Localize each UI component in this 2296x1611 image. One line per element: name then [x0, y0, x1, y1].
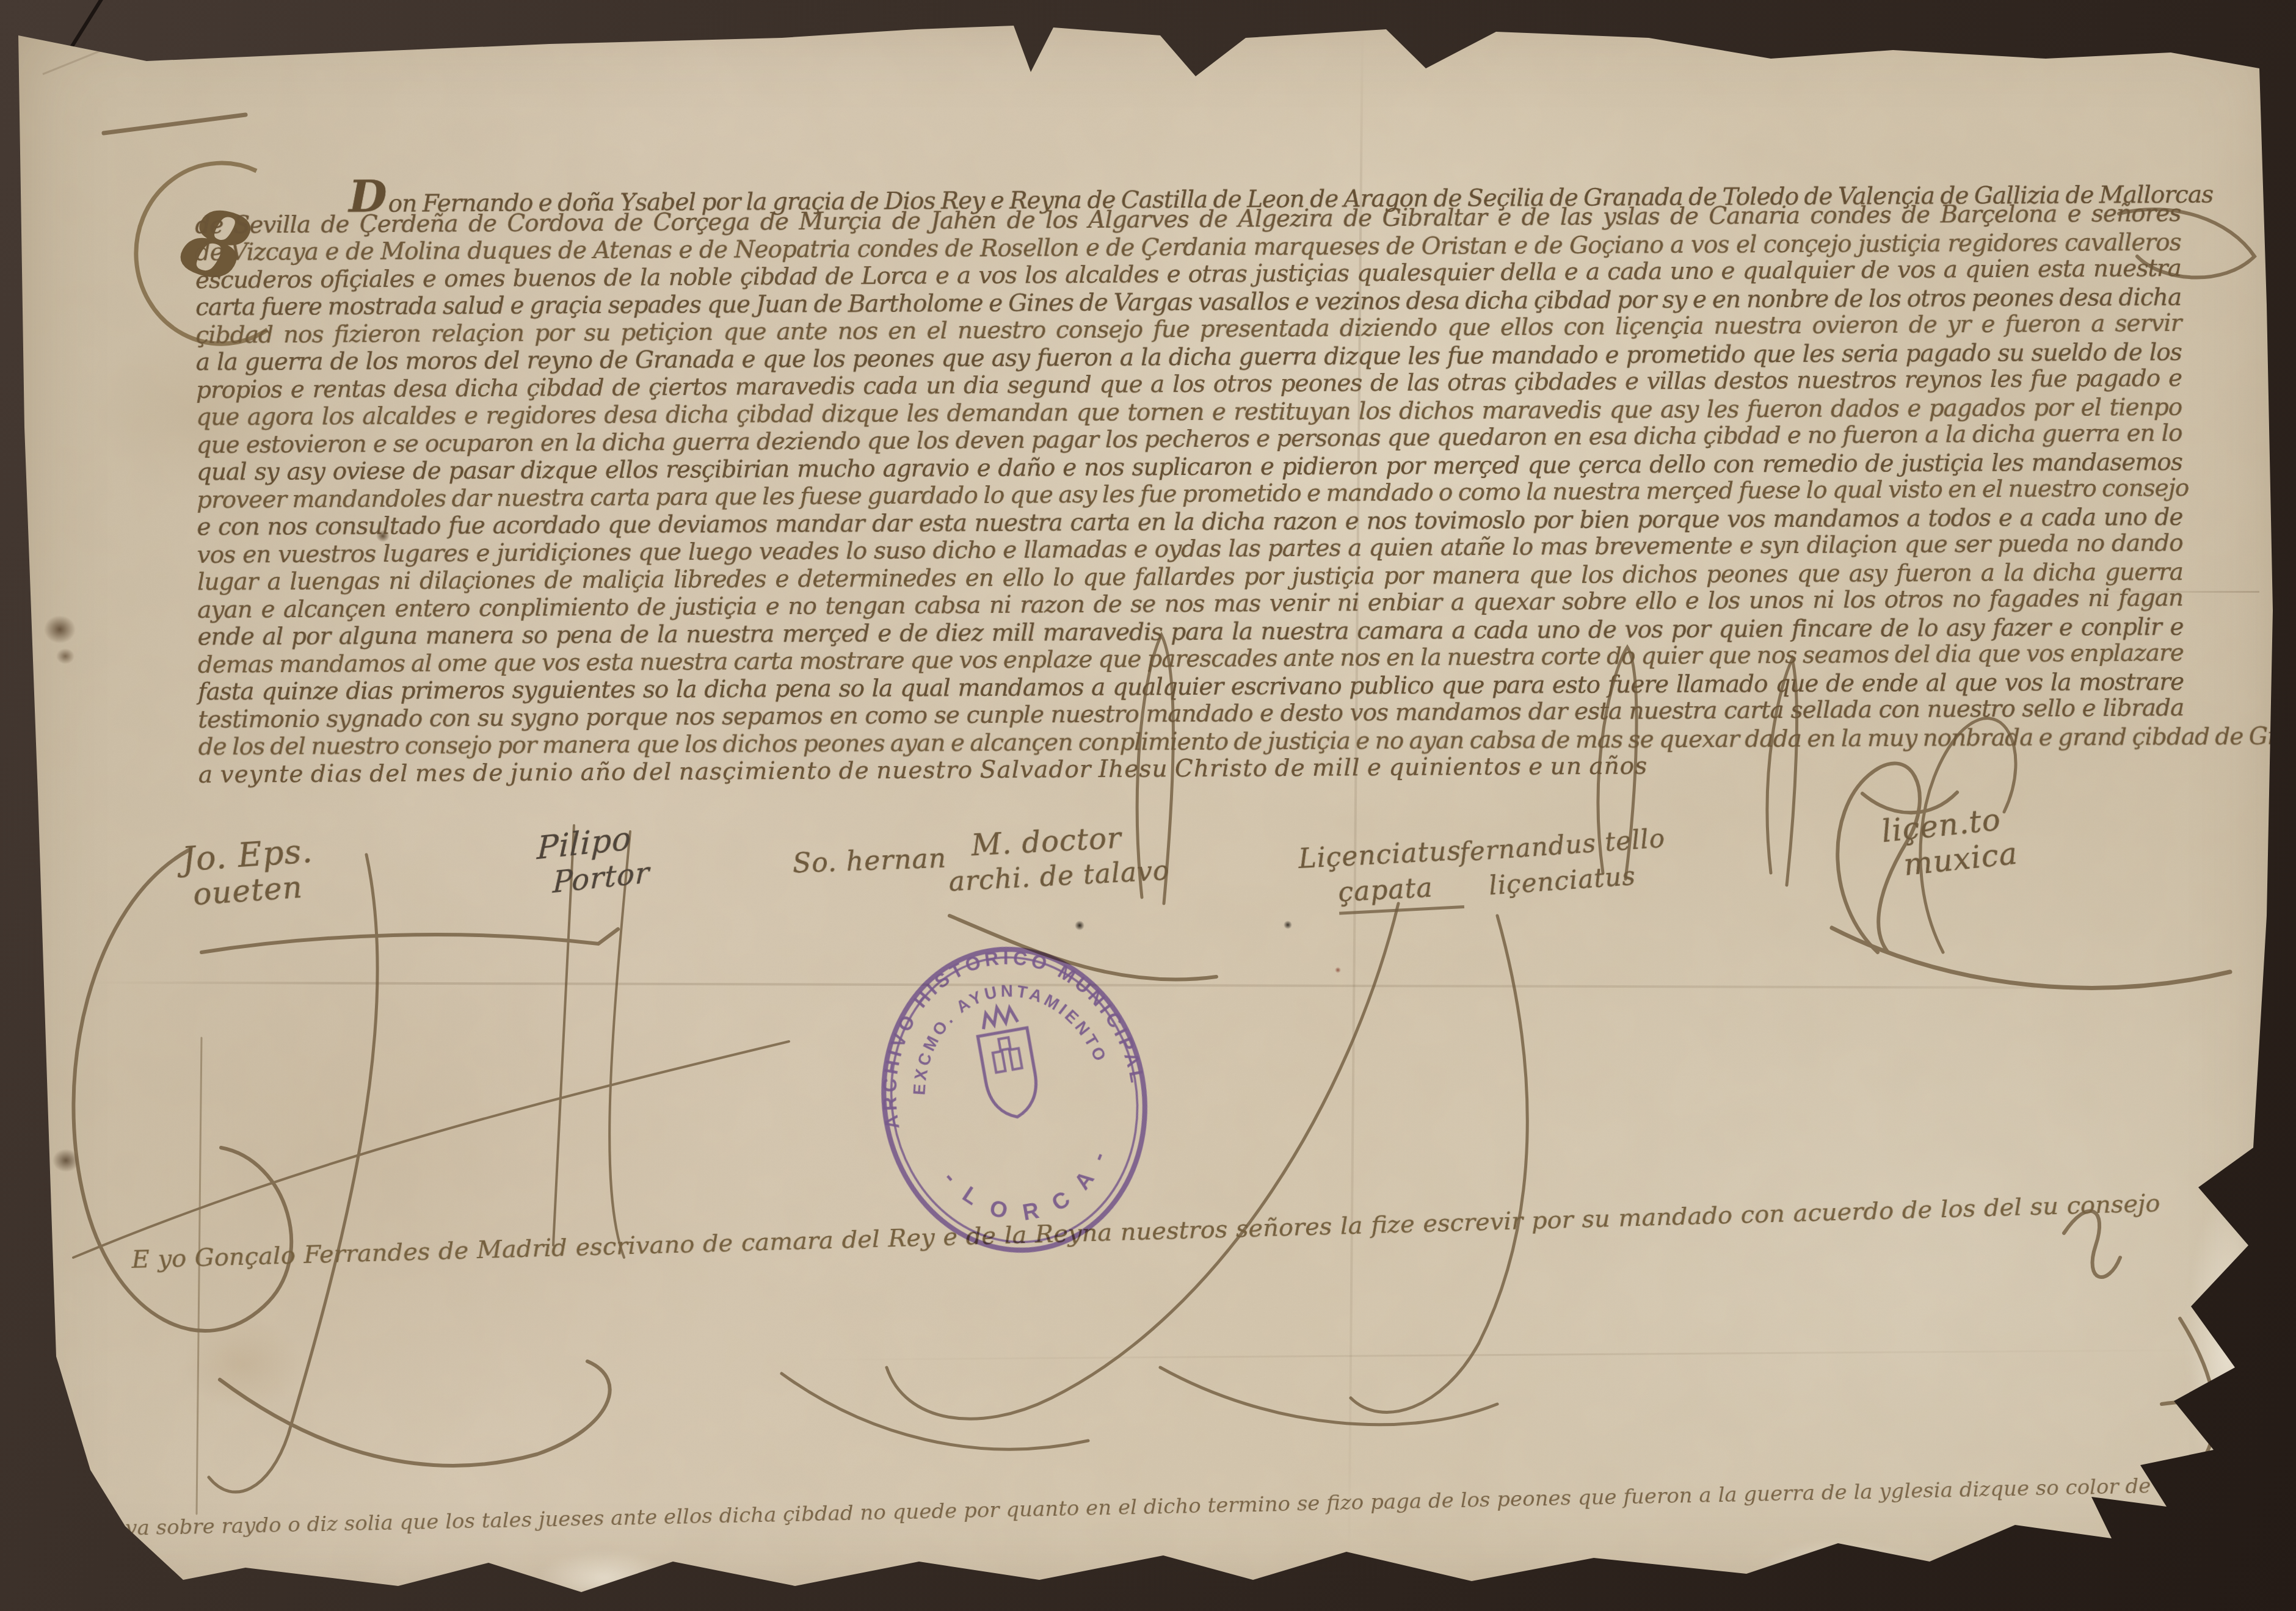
fold-crease-horizontal	[85, 981, 2186, 989]
signature-licenciatus-zapata: Liçenciatus çapata	[1298, 833, 1464, 917]
ink-speck	[1075, 921, 1084, 930]
fold-crease-horizontal	[794, 1349, 2223, 1361]
registration-line: va sobre raydo o diz solia que los tales…	[125, 1472, 2214, 1541]
ink-stain	[53, 1149, 79, 1172]
foxing-stain	[183, 1319, 305, 1410]
signature-doctor-de-talavera: M. doctor archi. de talavo	[970, 818, 1171, 899]
photograph-background: 8 Don Fernando e doña Ysabel por la graç…	[0, 0, 2296, 1611]
ink-speck	[1284, 921, 1292, 929]
stamp-crown	[980, 1005, 1018, 1029]
torn-fiber-highlight	[1759, 1538, 1917, 1599]
signature-licenciatus-muxica: liçen.to muxica	[1880, 800, 2020, 885]
torn-fiber-highlight	[537, 1551, 672, 1606]
signature-hernan: So. hernan	[792, 841, 947, 882]
signature-line: So. hernan	[792, 841, 947, 882]
signature-bishop-of-oviedo: Jo. Eps. oueten	[181, 833, 316, 913]
archive-stamp: ARCHIVO HISTORICO MUNICIPAL EXCMO. AYUNT…	[853, 924, 1175, 1275]
signature-line: çapata	[1337, 869, 1464, 915]
parchment-sheet: 8 Don Fernando e doña Ysabel por la graç…	[0, 0, 2296, 1611]
ink-stain	[56, 648, 74, 664]
red-speck	[1335, 967, 1341, 973]
ink-stain	[44, 615, 76, 643]
manuscript-text-block: Don Fernando e doña Ysabel por la graçia…	[195, 172, 2184, 789]
signature-dark-ink: Pilipo Portor	[535, 819, 651, 903]
torn-fiber-highlight	[2186, 1190, 2272, 1508]
signature-line: oueten	[192, 869, 316, 913]
manuscript-line: Don Fernando e doña Ysabel por la graçia…	[195, 174, 2181, 211]
signature-fernandus-tello: fernandus tello liçenciatus	[1458, 820, 1669, 905]
corner-crease	[42, 0, 360, 75]
